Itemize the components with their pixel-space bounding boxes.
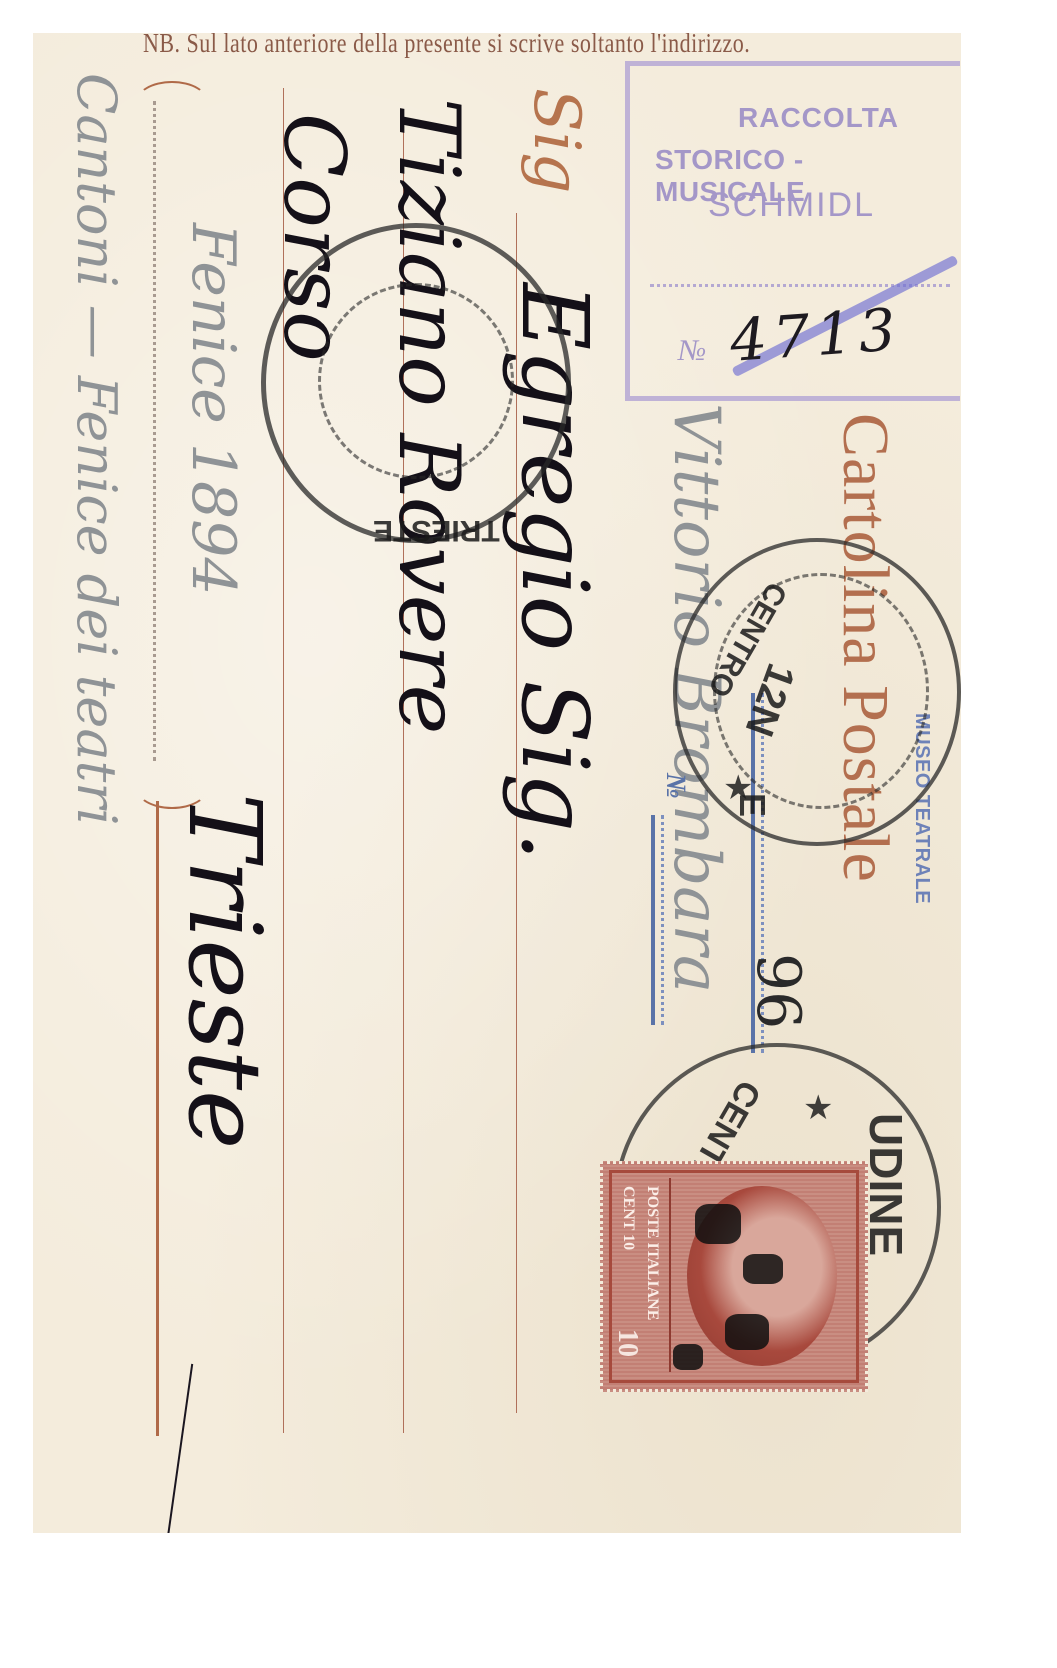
museum-number-label: №: [659, 773, 691, 799]
brown-initial: Sig: [519, 88, 593, 193]
museum-stamp-dots-left: [661, 815, 664, 1025]
star-icon: ★: [723, 768, 753, 808]
collection-number-label: №: [678, 334, 706, 368]
bracket-top: [135, 81, 209, 125]
museum-number: 96: [743, 953, 813, 1029]
dotted-separator: [153, 101, 156, 761]
cancel-blot: [743, 1254, 783, 1284]
postmark-trieste-text: TRIESTE: [373, 513, 500, 547]
postmark-trieste-inner: [318, 283, 514, 479]
stamp-country: POSTE ITALIANE: [643, 1186, 661, 1320]
stamp-value: 10: [611, 1329, 643, 1357]
collection-stamp: RACCOLTA STORICO - MUSICALE SCHMIDL № 47…: [625, 61, 960, 401]
collection-number: 4713: [728, 295, 904, 375]
postcard: NB. Sul lato anteriore della presente si…: [33, 33, 961, 1533]
star-icon-2: ★: [803, 1088, 833, 1128]
museum-stamp-line-left: [651, 815, 655, 1025]
collection-line-1: RACCOLTA: [738, 102, 899, 134]
collection-line-3: SCHMIDL: [708, 186, 875, 225]
margin-pencil-note: Cantoni — Fenice dei teatri: [65, 73, 128, 825]
header-note: NB. Sul lato anteriore della presente si…: [143, 33, 750, 60]
place-date-pencil: Fenice 1894: [178, 223, 248, 596]
address-rule-1: [156, 801, 159, 1436]
stamp-denomination: CENT 10: [619, 1186, 637, 1250]
pen-stroke: [165, 1364, 193, 1533]
cancel-blot: [695, 1204, 741, 1244]
postage-stamp: POSTE ITALIANE CENT 10 10: [600, 1161, 868, 1392]
address-city: Trieste: [166, 793, 283, 1149]
cancel-blot: [673, 1344, 703, 1370]
cancel-blot: [725, 1314, 769, 1350]
